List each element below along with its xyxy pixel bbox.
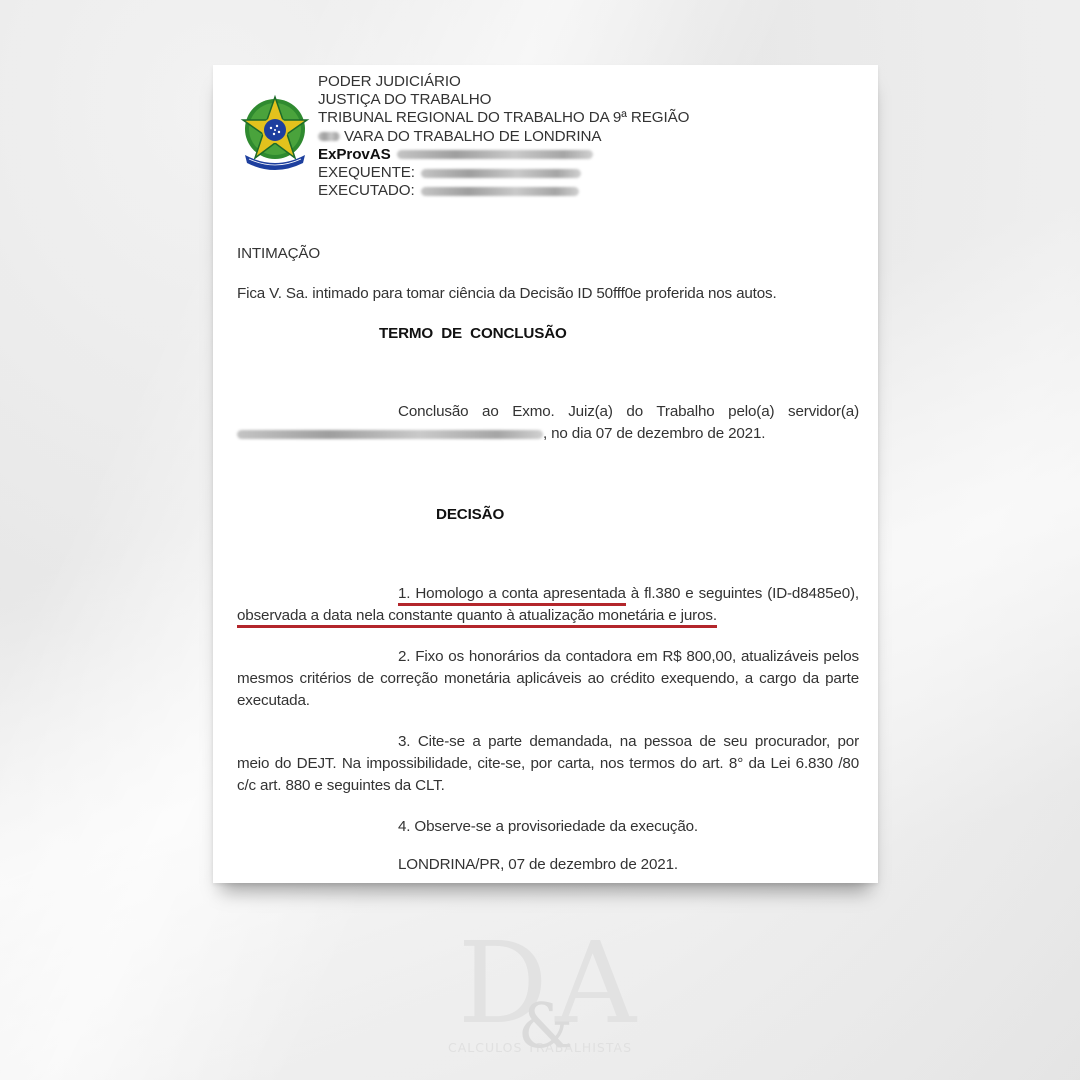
header-judiciary: PODER JUDICIÁRIO xyxy=(318,73,689,91)
redacted-court-number xyxy=(318,132,340,141)
decisao-item-1: 1. Homologo a conta apresentada à fl.380… xyxy=(237,583,859,627)
watermark-logo: D A & CALCULOS TRABALHISTAS xyxy=(440,930,640,1065)
decisao-item-3: 3. Cite-se a parte demandada, na pessoa … xyxy=(237,731,859,797)
header-justice: JUSTIÇA DO TRABALHO xyxy=(318,91,689,109)
redacted-process-number xyxy=(397,150,593,159)
closing-place-date: LONDRINA/PR, 07 de dezembro de 2021. xyxy=(398,854,678,876)
highlight-observada: observada a data nela constante quanto à… xyxy=(237,607,717,628)
decisao-title: DECISÃO xyxy=(436,504,504,526)
termo-text: Conclusão ao Exmo. Juiz(a) do Trabalho p… xyxy=(237,401,859,445)
watermark-monogram: D A & xyxy=(440,930,640,1038)
termo-line2: , no dia 07 de dezembro de 2021. xyxy=(237,423,859,445)
court-document: PODER JUDICIÁRIO JUSTIÇA DO TRABALHO TRI… xyxy=(213,65,878,883)
header-court-name: VARA DO TRABALHO DE LONDRINA xyxy=(344,128,601,146)
termo-date: , no dia 07 de dezembro de 2021. xyxy=(543,423,765,445)
item1-middle: à fl.380 e seguintes (ID-d8485e0), xyxy=(626,585,859,602)
process-label: ExProvAS xyxy=(318,146,391,164)
intimacao-text: Fica V. Sa. intimado para tomar ciência … xyxy=(237,283,777,305)
header-exequente: EXEQUENTE: xyxy=(318,164,689,182)
termo-line1: Conclusão ao Exmo. Juiz(a) do Trabalho p… xyxy=(237,401,859,423)
exequente-label: EXEQUENTE: xyxy=(318,164,415,182)
executado-label: EXECUTADO: xyxy=(318,182,415,200)
document-header: PODER JUDICIÁRIO JUSTIÇA DO TRABALHO TRI… xyxy=(318,73,689,200)
highlight-homologo: 1. Homologo a conta apresentada xyxy=(398,585,626,606)
decisao-item-4: 4. Observe-se a provisoriedade da execuç… xyxy=(398,816,698,838)
intimacao-title: INTIMAÇÃO xyxy=(237,243,320,265)
decisao-item-2: 2. Fixo os honorários da contadora em R$… xyxy=(237,646,859,712)
brazil-coat-of-arms-icon xyxy=(239,93,311,173)
watermark-ampersand: & xyxy=(518,972,559,1080)
redacted-exequente xyxy=(421,169,581,178)
header-court: VARA DO TRABALHO DE LONDRINA xyxy=(318,128,689,146)
header-executado: EXECUTADO: xyxy=(318,182,689,200)
header-tribunal: TRIBUNAL REGIONAL DO TRABALHO DA 9ª REGI… xyxy=(318,109,689,127)
redacted-executado xyxy=(421,187,579,196)
redacted-servidor xyxy=(237,430,543,439)
termo-title: TERMO DE CONCLUSÃO xyxy=(379,323,567,345)
header-process: ExProvAS xyxy=(318,146,689,164)
